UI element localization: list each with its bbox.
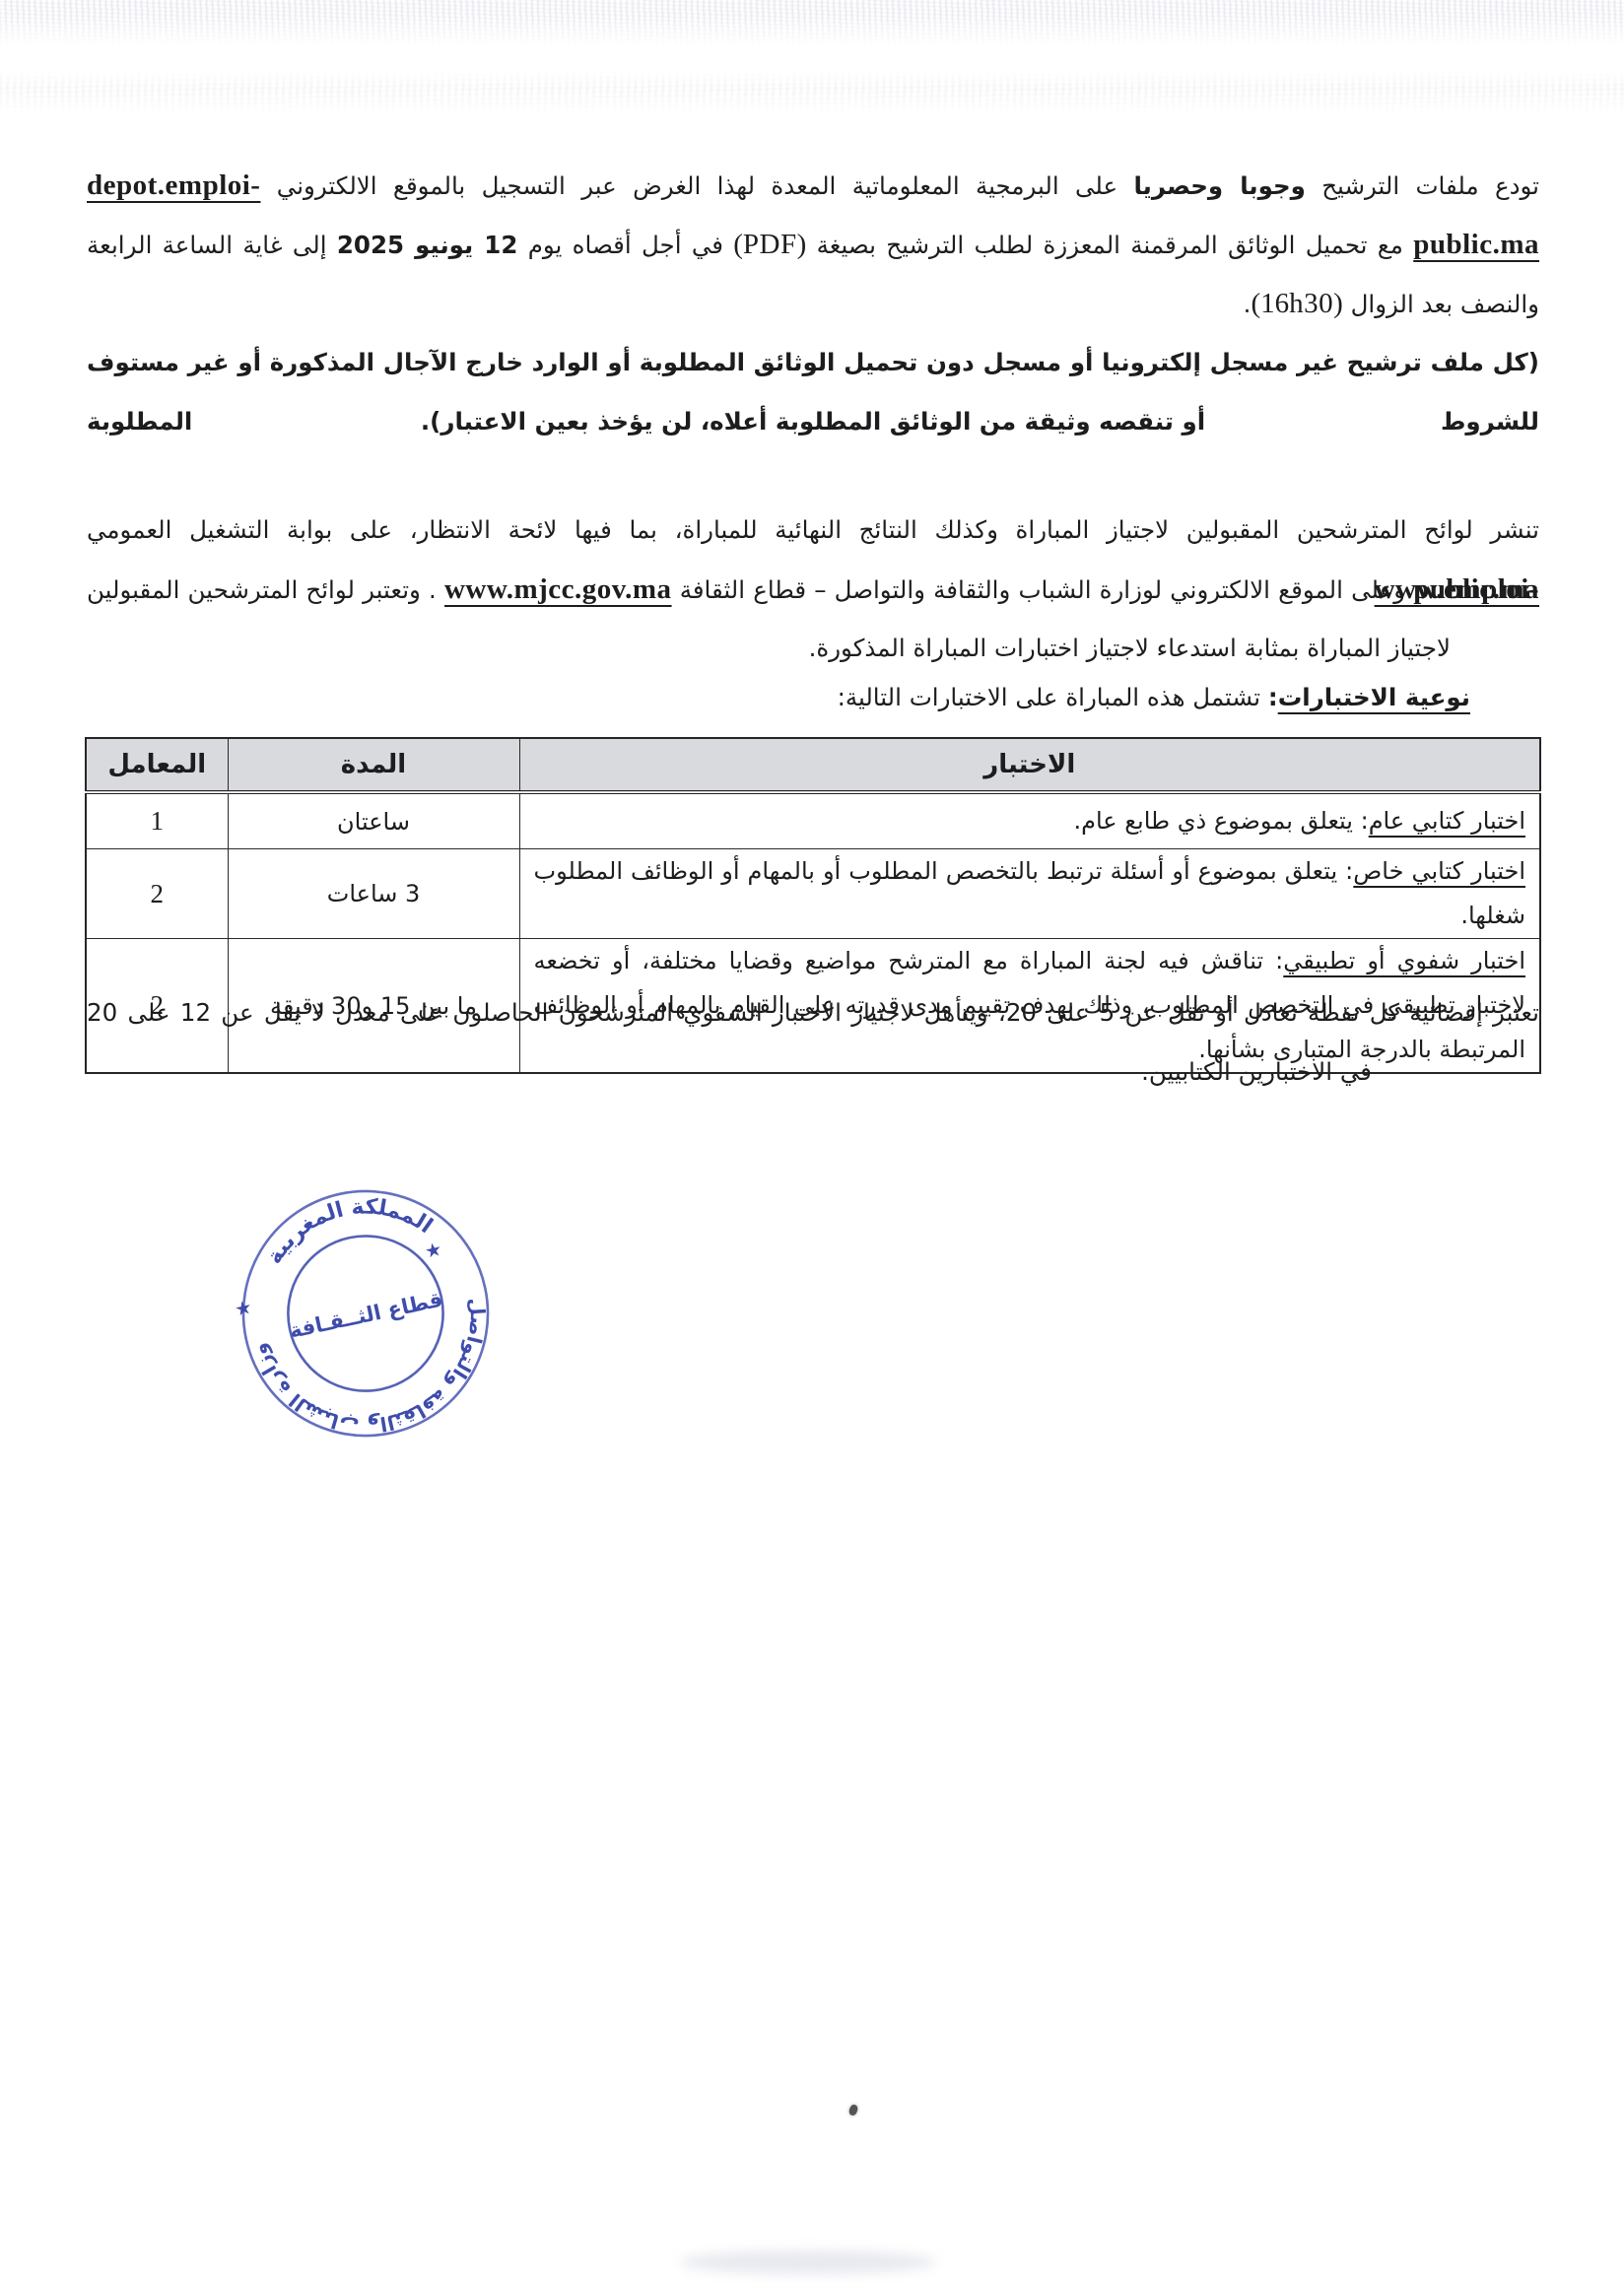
text-line: (كل ملف ترشيح غير مسجل إلكترونيا أو مسجل… [87, 333, 1539, 392]
exams-heading: نوعية الاختبارات: تشتمل هذه المباراة على… [87, 668, 1539, 727]
star-icon: ★ [233, 1296, 254, 1321]
link-mjcc: www.mjcc.gov.ma [444, 573, 672, 605]
scan-smudge [680, 2250, 936, 2274]
link-public-ma: public.ma [1413, 573, 1539, 605]
text-segment: وجوبا وحصريا [1133, 171, 1305, 200]
table-header-exam: الاختبار [519, 738, 1540, 792]
text-segment: تعتبر إقصائية كل نقطة تعادل أو تقل عن 5 … [87, 998, 1539, 1027]
text-line: تودع ملفات الترشيح وجوبا وحصريا على البر… [87, 156, 1539, 215]
stamp-center-text: قطاع الثــقـافة [288, 1288, 445, 1343]
text-line: public.ma مع تحميل الوثائق المرقمنة المع… [87, 215, 1539, 274]
ink-speck [847, 2104, 858, 2116]
text-segment: نوعية الاختبارات [1278, 683, 1470, 711]
text-line: تعتبر إقصائية كل نقطة تعادل أو تقل عن 5 … [87, 983, 1539, 1042]
text-line: في الاختبارين الكتابيين. [87, 1042, 1539, 1102]
text-segment: وعلى الموقع الالكتروني لوزارة الشباب وال… [672, 575, 1414, 604]
text-segment: أو تنقصه وثيقة من الوثائق المطلوبة أعلاه… [421, 407, 1205, 436]
text-segment: : يتعلق بموضوع ذي طابع عام. [1073, 807, 1368, 835]
coef-cell: 1 [86, 792, 228, 849]
text-segment: (PDF) [733, 229, 806, 260]
text-line: والنصف بعد الزوال (16h30). [87, 274, 1539, 333]
text-segment: تودع ملفات الترشيح [1306, 171, 1539, 200]
table-header-row: الاختبار المدة المعامل [86, 738, 1540, 792]
duration-cell: ساعتان [228, 792, 519, 849]
scan-noise-band-top [0, 0, 1624, 45]
table-row: اختبار كتابي خاص: يتعلق بموضوع أو أسئلة … [86, 849, 1540, 939]
text-line: public.ma وعلى الموقع الالكتروني لوزارة … [87, 560, 1539, 619]
paragraph-deposit-instructions: تودع ملفات الترشيح وجوبا وحصريا على البر… [87, 156, 1539, 451]
link-public-ma: public.ma [1413, 229, 1539, 260]
text-segment: والنصف بعد الزوال [1343, 290, 1539, 318]
text-segment: على البرمجية المعلوماتية المعدة لهذا الغ… [260, 171, 1133, 200]
paragraph-grading-rules: تعتبر إقصائية كل نقطة تعادل أو تقل عن 5 … [87, 983, 1539, 1102]
text-segment: إلى غاية الساعة الرابعة [87, 231, 337, 259]
text-segment: في أجل أقصاه يوم [517, 231, 733, 259]
exam-cell: اختبار كتابي عام: يتعلق بموضوع ذي طابع ع… [519, 792, 1540, 849]
exams-heading-line: نوعية الاختبارات: تشتمل هذه المباراة على… [87, 668, 1539, 727]
text-segment: . وتعتبر لوائح المترشحين المقبولين [87, 575, 444, 604]
table-row: اختبار كتابي عام: يتعلق بموضوع ذي طابع ع… [86, 792, 1540, 849]
text-segment: تنشر لوائح المترشحين المقبولين لاجتياز ا… [87, 515, 1539, 544]
duration-cell: 3 ساعات [228, 849, 519, 939]
text-segment: اختبار شفوي أو تطبيقي [1283, 947, 1525, 974]
text-segment: 12 يونيو 2025 [337, 231, 518, 259]
text-segment: في الاختبارين الكتابيين. [1141, 1057, 1372, 1086]
text-segment: اختبار كتابي خاص [1353, 857, 1525, 885]
text-segment: اختبار كتابي عام [1369, 807, 1525, 835]
text-segment: تشتمل هذه المباراة على الاختبارات التالي… [838, 683, 1268, 711]
paragraph-results-publication: تنشر لوائح المترشحين المقبولين لاجتياز ا… [87, 501, 1539, 678]
text-segment: مع تحميل الوثائق المرقمنة المعززة لطلب ا… [806, 231, 1413, 259]
table-header-duration: المدة [228, 738, 519, 792]
table-header-coef: المعامل [86, 738, 228, 792]
text-segment: : [1268, 683, 1278, 711]
link-depot-emploi: depot.emploi- [87, 169, 260, 201]
star-icon: ★ [423, 1238, 444, 1263]
text-segment: (16h30) [1251, 288, 1342, 319]
text-line: تنشر لوائح المترشحين المقبولين لاجتياز ا… [87, 501, 1539, 560]
scanned-document-page: تودع ملفات الترشيح وجوبا وحصريا على البر… [0, 0, 1624, 2283]
coef-cell: 2 [86, 849, 228, 939]
ministry-stamp: المملكة المغربية وزارة الشباب والثقافة و… [213, 1161, 519, 1467]
text-segment: لاجتياز المباراة بمثابة استدعاء لاجتياز … [809, 634, 1451, 662]
scan-noise-band-second [0, 71, 1624, 114]
exam-cell: اختبار كتابي خاص: يتعلق بموضوع أو أسئلة … [519, 849, 1540, 939]
